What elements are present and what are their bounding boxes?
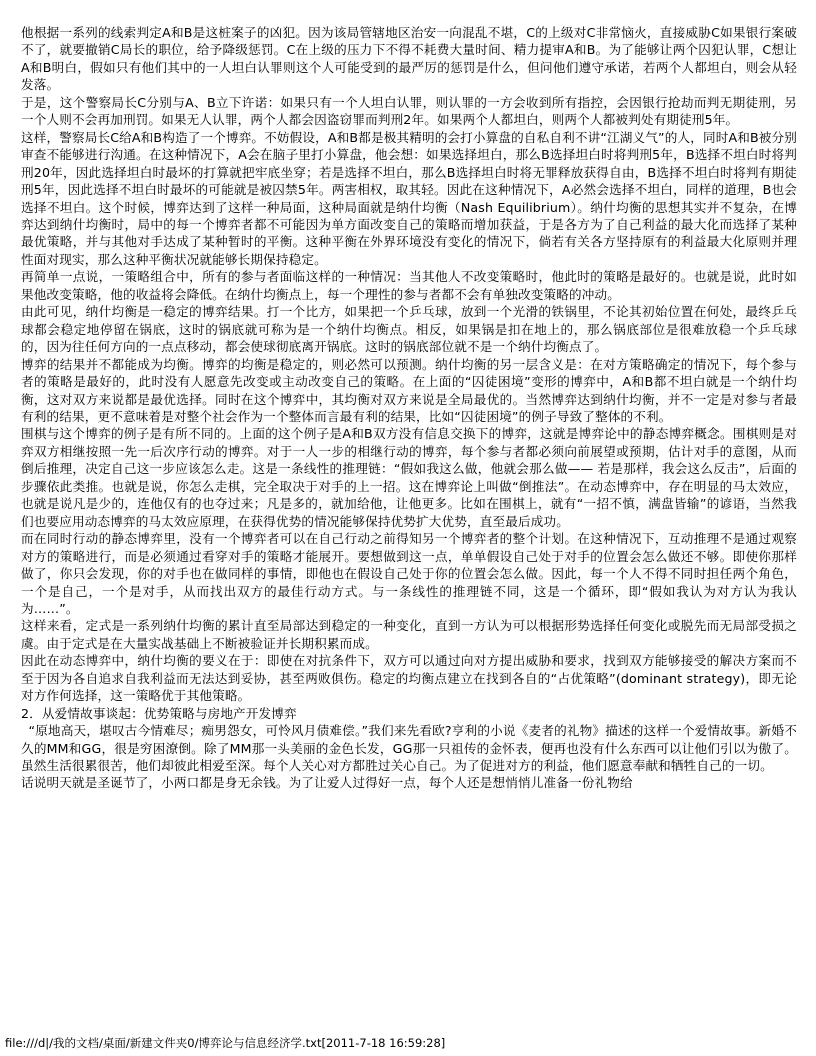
- paragraph-ping-pong-analogy: 由此可见，纳什均衡是一稳定的博弈结果。打一个比方，如果把一个乒乓球，放到一个光滑…: [21, 303, 797, 355]
- paragraph-static-game: 而在同时行动的静态博弈里，没有一个博弈者可以在自己行动之前得知另一个博弈者的整个…: [21, 530, 797, 617]
- paragraph-go-game: 围棋与这个博弈的例子是有所不同的。上面的这个例子是A和B双方没有信息交换下的博弈…: [21, 425, 797, 530]
- paragraph-christmas: 话说明天就是圣诞节了，小两口都是身无余钱。为了让爱人过得好一点，每个人还是想悄悄…: [21, 774, 797, 791]
- paragraph-love-story: “原地高天，堪叹古今情难尽；痴男怨女，可怜风月债难偿。”我们来先看欧?亨利的小说…: [21, 722, 797, 774]
- paragraph-suspects: 他根据一系列的线索判定A和B是这桩案子的凶犯。因为该局管辖地区治安一向混乱不堪，…: [21, 24, 797, 94]
- paragraph-promise: 于是，这个警察局长C分别与A、B立下许诺：如果只有一个人坦白认罪，则认罪的一方会…: [21, 94, 797, 129]
- file-path-footer: file:///d|/我的文档/桌面/新建文件夹0/博弈论与信息经济学.txt[…: [5, 1036, 445, 1050]
- paragraph-joseki: 这样来看，定式是一系列纳什均衡的累计直至局部达到稳定的一种变化，直到一方认为可以…: [21, 617, 797, 652]
- section-heading: 2．从爱情故事谈起：优势策略与房地产开发博弈: [21, 705, 797, 722]
- document-page: 他根据一系列的线索判定A和B是这桩案子的凶犯。因为该局管辖地区治安一向混乱不堪，…: [21, 24, 797, 792]
- paragraph-dominant-strategy: 因此在动态博弈中，纳什均衡的要义在于：即使在对抗条件下，双方可以通过向对方提出威…: [21, 652, 797, 704]
- paragraph-nash-equilibrium: 这样，警察局长C给A和B构造了一个博弈。不妨假设，A和B都是极其精明的会打小算盘…: [21, 129, 797, 269]
- paragraph-strategy-combination: 再简单一点说，一策略组合中，所有的参与者面临这样的一种情况：当其他人不改变策略时…: [21, 268, 797, 303]
- paragraph-equilibrium-result: 博弈的结果并不都能成为均衡。博弈的均衡是稳定的，则必然可以预测。纳什均衡的另一层…: [21, 356, 797, 426]
